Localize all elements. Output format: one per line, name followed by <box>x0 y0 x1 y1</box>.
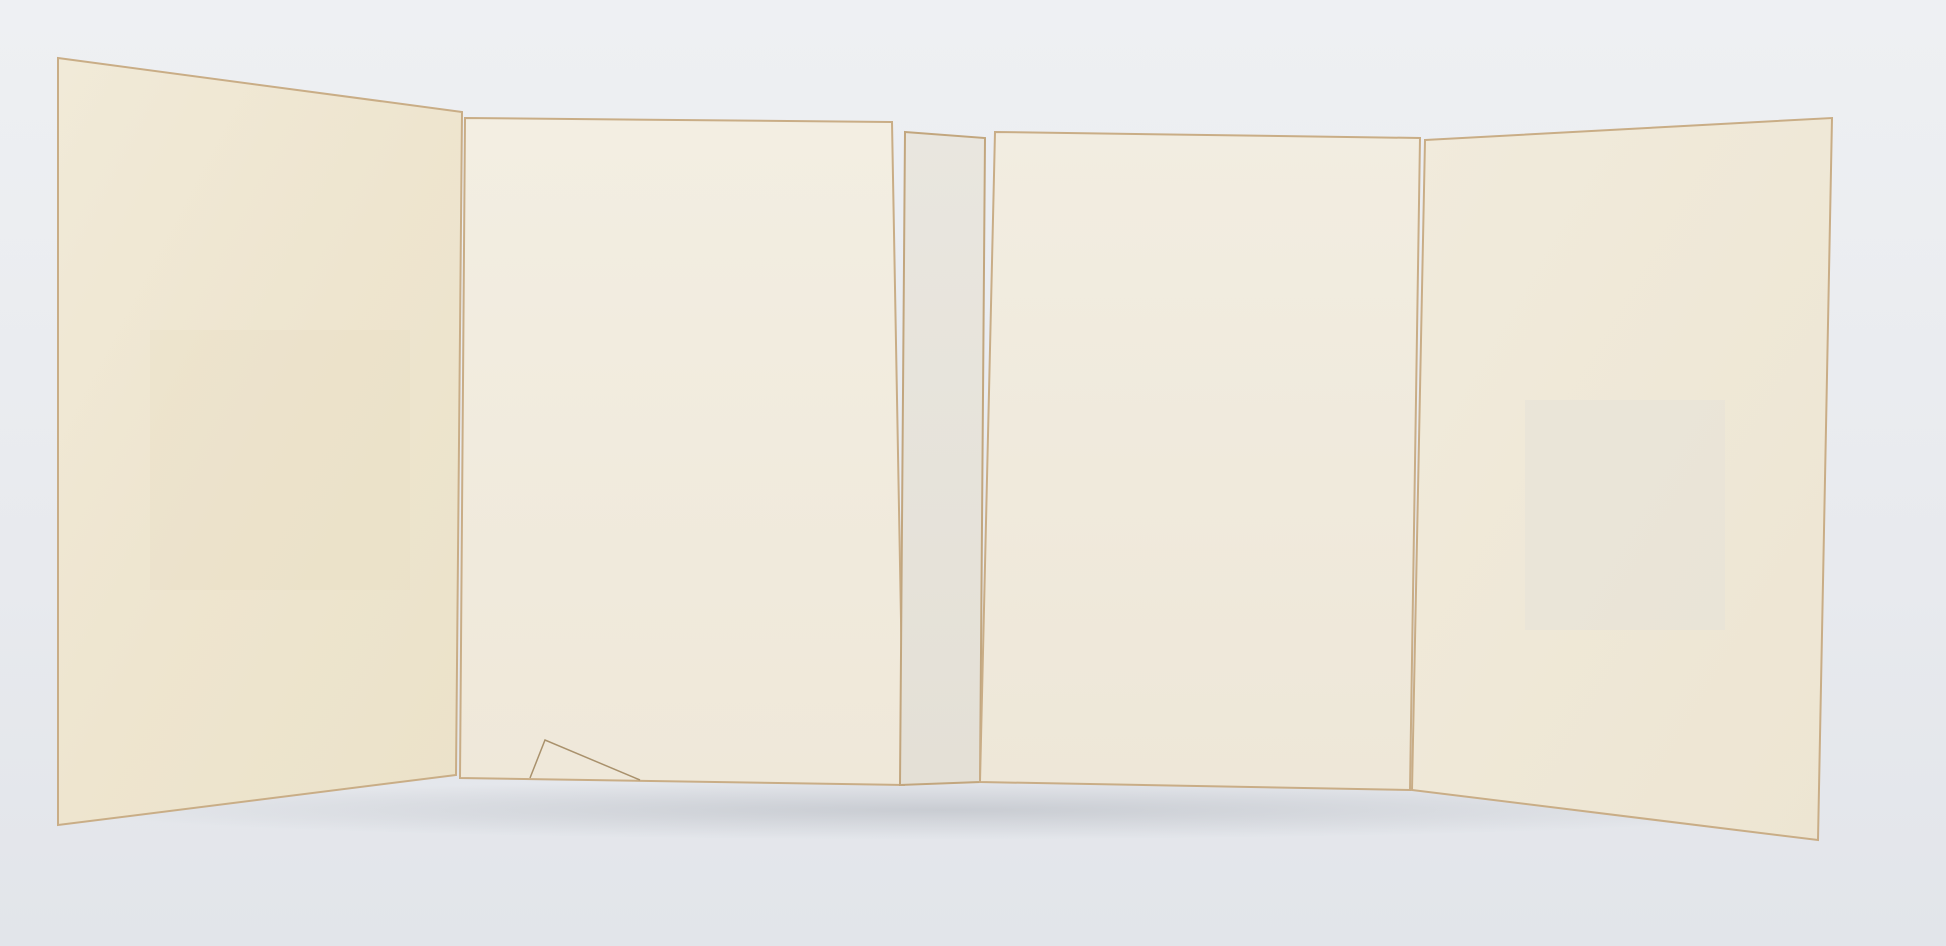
back-flap <box>58 58 462 825</box>
dust-jacket <box>0 0 1946 946</box>
back-panel <box>460 118 904 785</box>
front-flap <box>1412 118 1832 840</box>
front-panel <box>980 132 1420 790</box>
spine <box>900 132 985 785</box>
